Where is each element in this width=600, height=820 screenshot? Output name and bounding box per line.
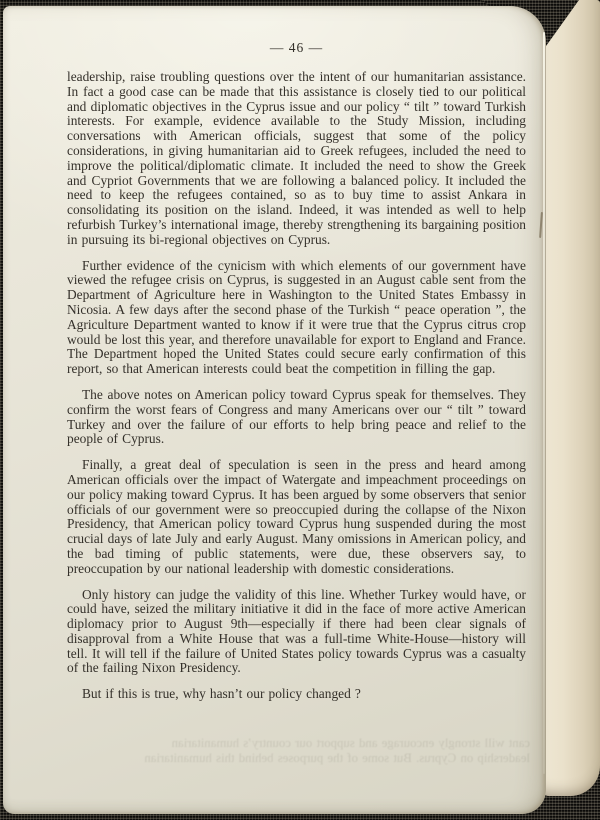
facing-page-edge (541, 0, 600, 796)
book-photo: — 46 — leadership, raise troubling quest… (0, 0, 600, 820)
body-paragraph: Finally, a great deal of speculation is … (67, 458, 526, 576)
page-number: — 46 — (67, 40, 526, 56)
bleedthrough-line: cant will strongly encourage and support… (61, 736, 530, 751)
page-fold (543, 32, 545, 774)
bleedthrough-line: leadership on Cyprus. But some of the pu… (61, 751, 530, 766)
body-paragraph: The above notes on American policy towar… (67, 388, 526, 447)
body-paragraph: But if this is true, why hasn’t our poli… (67, 687, 526, 702)
body-paragraph: Only history can judge the validity of t… (67, 588, 526, 677)
body-paragraph: Further evidence of the cynicism with wh… (67, 259, 526, 377)
book-page: — 46 — leadership, raise troubling quest… (3, 6, 546, 814)
body-paragraph: leadership, raise troubling questions ov… (67, 70, 526, 248)
bleedthrough-text: cant will strongly encourage and support… (61, 736, 530, 766)
page-text: leadership, raise troubling questions ov… (67, 70, 526, 713)
